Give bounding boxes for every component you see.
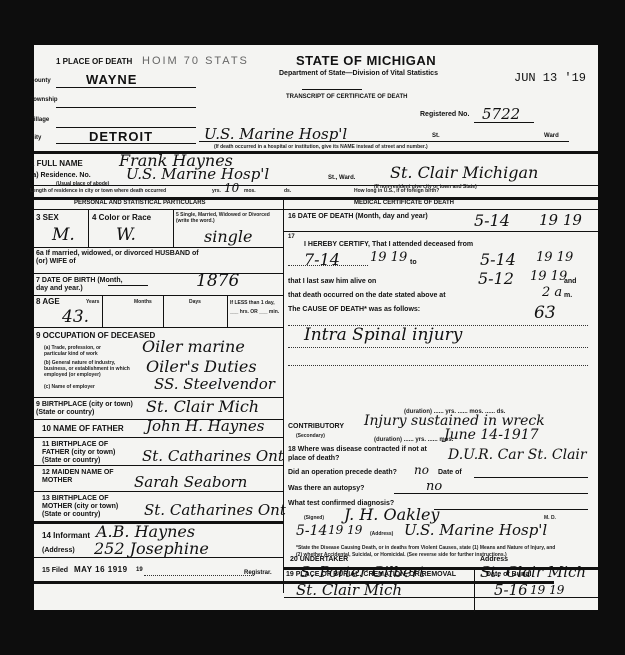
last-saw-label: that I last saw him alive on — [288, 278, 376, 285]
divider — [302, 89, 362, 90]
signed-date: 5-14 — [296, 523, 327, 539]
months-label: Months — [134, 299, 152, 305]
attended-from: 7-14 — [304, 250, 340, 269]
row-line — [34, 247, 284, 248]
operation-label: Did an operation precede death? — [288, 469, 397, 476]
father-label: 10 NAME OF FATHER — [42, 424, 124, 433]
foreign-birth-label: How long in U.S., if of foreign birth? — [354, 188, 439, 194]
place-of-death-label: 1 PLACE OF DEATH — [56, 57, 132, 66]
institution-hint: (If death occurred in a hospital or inst… — [214, 144, 428, 150]
bleed-through-text: HOIM 70 STATS — [142, 55, 249, 67]
county-line — [56, 87, 196, 88]
attended-to: 5-14 — [480, 250, 516, 269]
col-line — [173, 209, 174, 247]
autopsy-label: Was there an autopsy? — [288, 485, 364, 492]
residence-value: U.S. Marine Hosp'l — [126, 165, 269, 183]
mother-birth-label: 13 BIRTHPLACE OF MOTHER (city or town) (… — [42, 495, 137, 519]
residence-city-value: St. Clair Michigan — [390, 163, 538, 182]
mother-label: 12 MAIDEN NAME OF MOTHER — [42, 469, 122, 485]
dob-dash — [108, 285, 148, 286]
death-occurred-label: that death occurred on the date stated a… — [288, 292, 446, 299]
filed-suffix: 19 — [136, 567, 143, 573]
sex-label: 3 SEX — [36, 213, 59, 222]
date-death-value: 5-14 — [474, 211, 510, 230]
dob-value: 1876 — [196, 271, 239, 291]
certify-num: 17 — [288, 234, 295, 240]
contributory-date: June 14-1917 — [444, 427, 539, 443]
institution-line — [199, 141, 569, 142]
city-label: City — [30, 135, 41, 141]
filed-value: MAY 16 1919 — [74, 565, 128, 574]
marital-label: 5 Single, Married, Widowed or Divorced (… — [176, 212, 281, 224]
death-time-value: 2 a — [542, 285, 562, 300]
undertaker-address-label: Address — [480, 556, 508, 563]
sig-address-label: (Address) — [370, 531, 393, 537]
color-label: 4 Color or Race — [92, 213, 151, 222]
city-value: DETROIT — [89, 129, 153, 144]
contracted-label: 18 Where was disease contracted if not a… — [288, 445, 438, 463]
row-line — [34, 437, 284, 438]
county-label: County — [30, 78, 51, 84]
filed-label: 15 Filed — [42, 567, 68, 574]
row-line — [474, 477, 588, 478]
full-name-label: 2 FULL NAME — [30, 159, 83, 168]
occ-b-value: Oiler's Duties — [146, 357, 257, 376]
cause-code: 63 — [534, 303, 556, 323]
village-label: Village — [30, 117, 49, 123]
township-line — [56, 107, 196, 108]
township-label: Township — [30, 97, 58, 103]
secondary-label: (Secondary) — [296, 433, 325, 439]
row-line — [34, 327, 284, 328]
cause-line — [288, 347, 588, 348]
date-death-year: 19 19 — [539, 211, 582, 229]
received-stamp: JUN 13 '19 — [514, 71, 586, 85]
sig-address-value: U.S. Marine Hosp'l — [404, 521, 547, 539]
contributory-label: CONTRIBUTORY — [288, 423, 344, 430]
date-death-label: 16 DATE OF DEATH (Month, day and year) — [288, 213, 428, 220]
and-label: and — [564, 278, 576, 285]
cause-value: Intra Spinal injury — [304, 325, 462, 345]
operation-value: no — [414, 463, 429, 477]
sex-value: M. — [52, 225, 75, 245]
occ-c-value: SS. Steelvendor — [154, 375, 275, 393]
registered-value: 5722 — [482, 105, 520, 123]
date-of-label: Date of — [438, 469, 462, 476]
signed-label: (Signed) — [304, 515, 324, 521]
father-birth-label: 11 BIRTHPLACE OF FATHER (city or town) (… — [42, 441, 132, 465]
col-line — [227, 295, 228, 327]
department-label: Department of State—Division of Vital St… — [279, 70, 438, 77]
length-residence-value: 10 — [224, 181, 239, 195]
personal-section-title: PERSONAL AND STATISTICAL PARTICULARS — [74, 200, 206, 206]
mother-birth-value: St. Catharines Ont — [144, 501, 286, 519]
residence-hint: (Usual place of abode) — [56, 181, 109, 187]
signed-year: 19 19 — [328, 523, 362, 537]
registrar-label: Registrar. — [244, 570, 272, 576]
residence-label: (a) Residence. No. — [30, 172, 91, 179]
row-line — [434, 509, 588, 510]
undertaker-address-value: St. Clair Mich — [480, 563, 586, 581]
birthplace-value: St. Clair Mich — [146, 397, 259, 416]
undertaker-row: 20 UNDERTAKER S. Porter Gilbert Address … — [284, 553, 604, 583]
to-label: to — [410, 259, 417, 266]
attended-to-year: 19 19 — [536, 250, 573, 265]
row-line — [394, 493, 588, 494]
address-value: 252 Josephine — [94, 539, 209, 558]
registered-label: Registered No. — [420, 111, 469, 118]
village-line — [56, 127, 196, 128]
city-line — [56, 143, 196, 144]
death-certificate: 1 PLACE OF DEATH HOIM 70 STATS STATE OF … — [34, 45, 598, 610]
bottom-rule — [34, 581, 554, 584]
row-line — [284, 597, 598, 598]
duration2-label: (duration) ...... yrs. ...... mos. — [374, 437, 453, 443]
cause-line — [288, 365, 588, 366]
col-line — [102, 295, 103, 327]
marital-value: single — [204, 227, 252, 246]
occ-a-value: Oiler marine — [142, 337, 245, 356]
attended-from-line — [288, 265, 368, 266]
cause-label: The CAUSE OF DEATH* was as follows: — [288, 306, 420, 313]
age-value: 43. — [62, 307, 89, 327]
row-line — [34, 273, 284, 274]
autopsy-value: no — [426, 479, 442, 494]
county-value: WAYNE — [86, 72, 137, 87]
filed-line — [144, 575, 254, 576]
ward-label: Ward — [544, 133, 559, 139]
medical-section-title: MEDICAL CERTIFICATE OF DEATH — [354, 200, 454, 206]
last-saw-value: 5-12 — [478, 269, 514, 288]
form-title: TRANSCRIPT OF CERTIFICATE OF DEATH — [286, 94, 407, 100]
row-line — [34, 295, 284, 296]
m-label: m. — [564, 292, 572, 299]
birthplace-label: 9 BIRTHPLACE (city or town) (State or co… — [36, 401, 136, 417]
last-saw-year: 19 19 — [530, 269, 567, 284]
days-label: Days — [189, 299, 201, 305]
row-line — [34, 557, 284, 558]
father-value: John H. Haynes — [146, 417, 264, 435]
attended-from-year: 19 19 — [370, 250, 407, 265]
mother-value: Sarah Seaborn — [134, 473, 247, 491]
row-line — [34, 491, 284, 492]
undertaker-value: S. Porter Gilbert — [300, 563, 425, 581]
informant-label: 14 Informant — [42, 531, 90, 540]
column-divider — [283, 197, 284, 593]
registered-line — [474, 122, 534, 123]
col-line — [163, 295, 164, 327]
length-residence-label: Length of residence in city or town wher… — [30, 188, 166, 194]
occupation-label: 9 OCCUPATION OF DECEASED — [36, 331, 155, 340]
section-title-rule — [34, 209, 598, 210]
contracted-value: D.U.R. Car St. Clair — [448, 447, 587, 463]
col-line — [88, 209, 89, 247]
age-label: 8 AGE — [36, 297, 60, 306]
row-line — [284, 231, 598, 232]
certify-label: I HEREBY CERTIFY, That I attended deceas… — [304, 241, 473, 248]
occ-a-label: (a) Trade, profession, or particular kin… — [44, 345, 119, 357]
ds-label: ds. — [284, 188, 291, 194]
less-than-label: If LESS than 1 day, ___ hrs. OR ___ min. — [230, 299, 280, 317]
undertaker-label: 20 UNDERTAKER — [290, 556, 348, 563]
color-value: W. — [116, 225, 136, 245]
occ-c-label: (c) Name of employer — [44, 384, 95, 390]
row-line — [34, 465, 284, 466]
years-label: Years — [86, 299, 99, 305]
address-label: (Address) — [42, 547, 75, 554]
residence-line — [34, 185, 598, 186]
st-label: St. — [432, 133, 440, 139]
mos-label: mos. — [244, 188, 256, 194]
yrs-label: yrs. — [212, 188, 221, 194]
burial-date-year: 19 19 — [530, 583, 564, 597]
occ-b-label: (b) General nature of industry, business… — [44, 360, 139, 378]
father-birth-value: St. Catharines Ont — [142, 447, 284, 465]
st-ward-label: St., Ward. — [328, 175, 355, 181]
state-title: STATE OF MICHIGAN — [296, 53, 436, 68]
spouse-label: 6a If married, widowed, or divorced HUSB… — [36, 250, 206, 266]
